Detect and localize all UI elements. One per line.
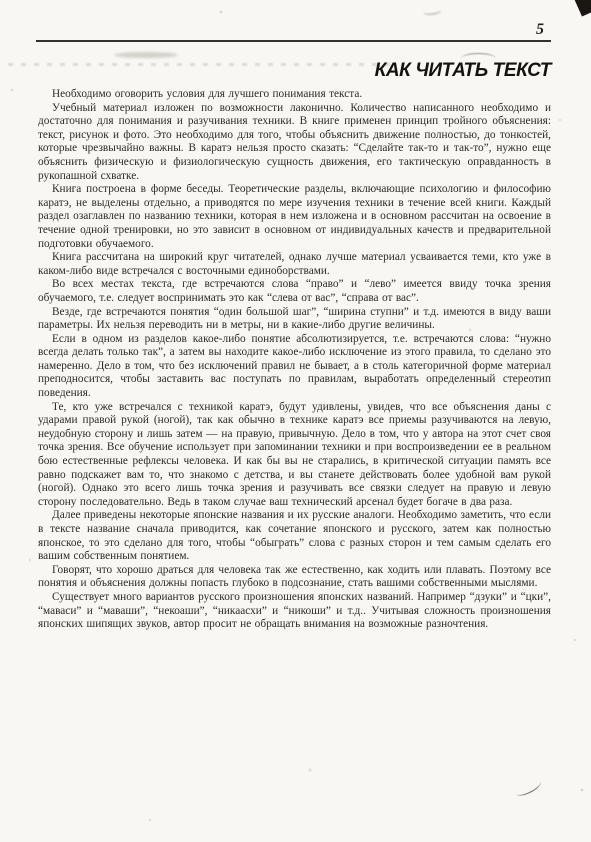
paragraph: Необходимо оговорить условия для лучшего… (38, 88, 551, 102)
paragraph: Книга построена в форме беседы. Теоретич… (38, 183, 551, 251)
paragraph: Книга рассчитана на широкий круг читател… (38, 251, 551, 278)
paragraph: Существует много вариантов русского прои… (38, 591, 551, 632)
paragraph: Далее приведены некоторые японские назва… (38, 509, 551, 563)
paragraph: Везде, где встречаются понятия “один бол… (38, 306, 551, 333)
page-title: КАК ЧИТАТЬ ТЕКСТ (0, 60, 551, 82)
body-text: Необходимо оговорить условия для лучшего… (38, 88, 551, 632)
paragraph: Те, кто уже встречался с техникой каратэ… (38, 401, 551, 510)
paragraph: Учебный материал изложен по возможности … (38, 102, 551, 184)
corner-fold-mark (574, 0, 591, 16)
paragraph: Во всех местах текста, где встречаются с… (38, 278, 551, 305)
smudge-mark (114, 52, 178, 58)
header-rule (36, 40, 551, 42)
paragraph: Говорят, что хорошо драться для человека… (38, 564, 551, 591)
scribble-mark (422, 4, 441, 16)
page-number: 5 (528, 21, 552, 39)
scanned-book-page: 5 КАК ЧИТАТЬ ТЕКСТ Необходимо оговорить … (0, 0, 591, 842)
pen-stroke-mark (514, 777, 543, 798)
paragraph: Если в одном из разделов какое-либо поня… (38, 333, 551, 401)
